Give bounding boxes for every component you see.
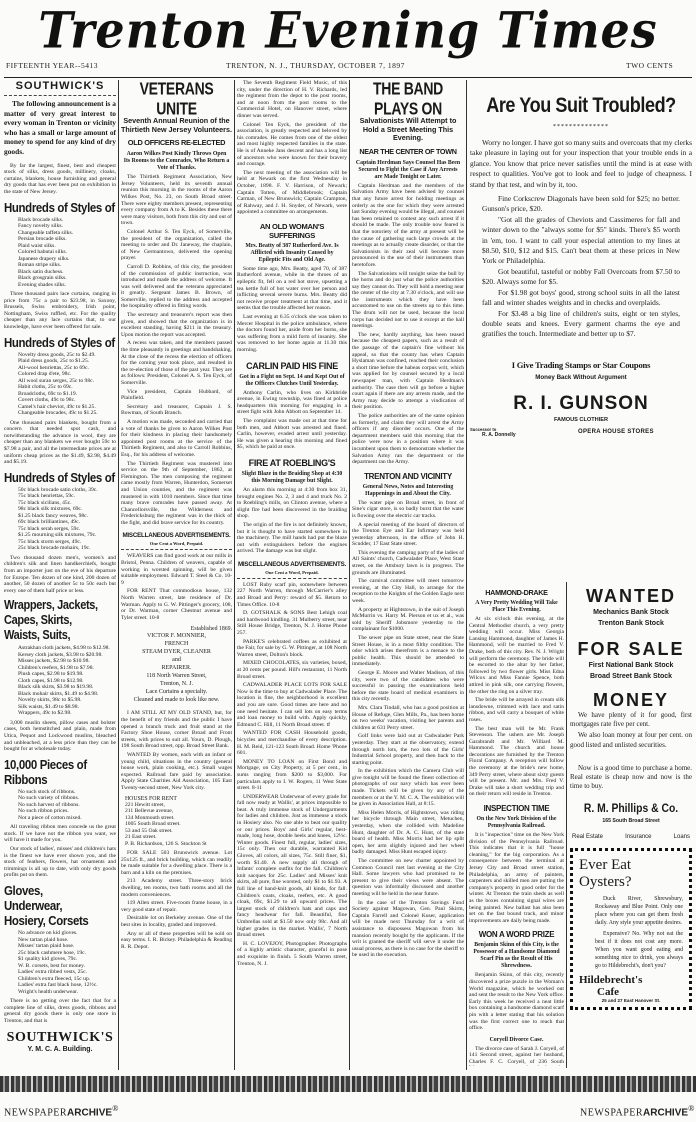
subheadline: NEAR THE CENTER OF TOWN <box>352 147 464 156</box>
headline: THE BAND PLAYS ON <box>352 80 464 118</box>
section-subheading: One Cent a Word, Prepaid. <box>121 541 232 546</box>
paragraph: 3,000 muslin sheets, pillow cases and bo… <box>4 720 116 753</box>
column-local-news: The Seventh Regiment Field Music, of thi… <box>237 80 347 1070</box>
deck: Got in a Fight on Sept. 14 and Kept Out … <box>239 374 345 388</box>
phillips-ad: WANTED Mechanics Bank Stock Trenton Bank… <box>570 584 692 1074</box>
silks-list: Black brocade silks. Fancy novelty silks… <box>4 217 116 289</box>
paragraph: "Got all the grades of Cheviots and Cass… <box>482 215 680 267</box>
classified-ad: I AM STILL AT MY OLD STAND, but, for the… <box>121 710 232 750</box>
oyster-headline: Ever Eat <box>579 857 683 874</box>
wanted-heading: WANTED <box>570 586 692 607</box>
business-line: STEAM DYER, CLEANER <box>121 648 232 656</box>
watermark-text: NEWSPAPER <box>4 1107 67 1118</box>
header-rule <box>4 77 692 78</box>
headline: HAMMOND-DRAKE <box>469 588 564 597</box>
column-divider <box>118 80 119 1070</box>
paragraph: A recess was taken, and the members pass… <box>121 340 232 386</box>
paragraph: The Thirtieth Regiment Association, New … <box>121 174 232 227</box>
intro-text: The following announcement is a matter o… <box>4 99 116 157</box>
dress-goods-list: Novelty dress goods, 25c to $2.49. Plaid… <box>4 352 116 417</box>
deck: Seventh Annual Reunion of the Thirtieth … <box>121 117 232 134</box>
gloves-list: No advance on kid gloves. New tartan pla… <box>4 930 116 995</box>
classified-ad: UNDERWEAR Underwear of every grade for f… <box>237 794 347 939</box>
paragraph: Golf links were laid out at Cadwalader P… <box>352 733 464 766</box>
firm-address: 165 South Broad Street <box>570 818 692 824</box>
classified-ad: H. C. LOVEJOY, Photographer. Photographs… <box>237 941 347 967</box>
column-divider <box>466 80 467 1070</box>
classified-ad: D. GOTSHALK & SONS Best Lehigh coal and … <box>237 610 347 636</box>
dateline-bar: FIFTEENTH YEAR--5413 TRENTON, N. J., THU… <box>0 61 696 75</box>
black-goods-list: 50c black brocade satin cloths, 39c. 75c… <box>4 487 116 552</box>
services-row: Real Estate Insurance Loans <box>570 834 692 840</box>
archive-watermark: NEWSPAPERARCHIVE® <box>580 1104 695 1118</box>
store-header: SOUTHWICK'S <box>4 80 116 92</box>
column-veterans: VETERANS UNITE Seventh Annual Reunion of… <box>121 80 232 1070</box>
headline: WON A WORD PRIZE <box>469 930 564 939</box>
paragraph: Expensive? No. Why not eat the best if i… <box>579 930 683 970</box>
paragraph: The secretary and treasurer's report was… <box>121 312 232 338</box>
deck: Benjamin Skinn of this City, is the Poss… <box>471 942 562 970</box>
paragraph: Two thousand dozen men's, women's and ch… <box>4 555 116 595</box>
classified-ad: WANTED FOR CASH Household goods, bicycle… <box>237 730 347 756</box>
classified-ad: 213 Academy street. Three-story brick dw… <box>121 878 232 898</box>
paragraph: The origin of the fire is not definitely… <box>237 522 347 555</box>
paragraph: Captain Herdman and the members of the S… <box>352 183 464 269</box>
divider <box>237 578 347 579</box>
watermark-text: ARCHIVE <box>67 1107 112 1118</box>
business-city: Trenton, N. J. <box>121 680 232 688</box>
watermark-text: ARCHIVE <box>643 1107 688 1118</box>
list-item: Astrakhan cloth jackets, $4.98 to $12.98… <box>18 645 116 652</box>
deck: Captain Herdman Says Counsel Has Been Se… <box>354 160 462 181</box>
deck: General News, Notes and Interesting Happ… <box>354 484 462 498</box>
classified-ad: CADWALADER PLACE LOTS FOR SALE Now is th… <box>237 682 347 728</box>
oyster-ad-box: Ever Eat Oysters? Duck River, Shrewsbury… <box>570 848 692 1010</box>
firm-name: R. M. Phillips & Co. <box>576 803 686 815</box>
paragraph: Colonel Arthur S. Ten Eyck, of Somervill… <box>121 229 232 262</box>
classified-ad: LOST Ruby scarf pin, somewhere between 2… <box>237 582 347 608</box>
deck: On the New York Division of the Pennsylv… <box>471 816 562 830</box>
list-item: Not a piece of cotton mixed. <box>18 815 116 822</box>
paragraph: The carnival committee will meet tomorro… <box>352 578 464 604</box>
store-signature: SOUTHWICK'S <box>4 1030 116 1046</box>
paragraph: All traveling ribbon men concede us the … <box>4 824 116 844</box>
trading-stamps-notice: I Give Trading Stamps or Star Coupons <box>470 360 692 370</box>
paragraph: The committee on new charter appointed b… <box>352 858 464 898</box>
stock-item: First National Bank Stock <box>570 660 692 671</box>
section-heading: Hundreds of Styles of Dress Goods <box>4 335 103 350</box>
paragraph: One thousand pairs blankets, bought from… <box>4 420 116 466</box>
archive-watermark: NEWSPAPERARCHIVE® <box>4 1104 119 1118</box>
column-wedding-news: HAMMOND-DRAKE A Very Pretty Wedding Will… <box>469 586 564 1066</box>
paragraph: A motion was made, seconded and carried … <box>121 419 232 459</box>
paragraph: The Seventh Regiment Field Music, of thi… <box>237 80 347 120</box>
stock-item: Trenton Bank Stock <box>570 618 692 629</box>
divider <box>121 549 232 550</box>
paragraph: Mrs. Clara Tindall, who has a good posit… <box>352 705 464 731</box>
divider: ************** <box>470 124 692 130</box>
store-name: R. I. GUNSON <box>470 393 692 415</box>
headline: CARLIN PAID HIS FINE <box>237 361 347 371</box>
money-heading: MONEY <box>570 690 692 711</box>
section-heading: 10,000 Pieces of Ribbons <box>4 757 103 787</box>
paragraph: The complaint was made out at that time … <box>237 418 347 451</box>
paragraph: Now is a good time to purchase a home. R… <box>570 764 692 792</box>
edition-number: FIFTEENTH YEAR--5413 <box>6 61 98 70</box>
section-heading: MISCELLANEOUS ADVERTISEMENTS. <box>237 561 347 568</box>
section-heading: Hundreds of Styles of Silks <box>4 200 103 215</box>
list-item: Evening shades silks. <box>18 282 116 289</box>
paragraph: The new, hardly anything, has been tease… <box>352 332 464 411</box>
subheadline: OLD OFFICERS RE-ELECTED <box>121 138 232 147</box>
paragraph: Worry no longer. I have got so many suit… <box>470 138 692 190</box>
paragraph: Anthony Carlin, who lives on Kirkbride a… <box>237 390 347 416</box>
predecessor-name: R. A. Donnelly <box>482 432 516 438</box>
registered-mark: ® <box>112 1104 119 1113</box>
deck: Mrs. Beatty of 387 Rutherford Ave. Is Af… <box>239 243 345 264</box>
newspaper-title: Trenton Evening Times <box>0 0 696 60</box>
paragraph: The water pipe on Broad street, in front… <box>352 500 464 520</box>
paragraph: Last evening at 6.35 o'clock she was tak… <box>237 314 347 354</box>
paragraph: In the case of the Trenton Savings Fund … <box>352 900 464 959</box>
section-heading: Gloves, Underwear, Hosiery, Corsets <box>4 883 103 928</box>
classified-ad: FOR RENT That commodious house, 132 Nort… <box>121 588 232 621</box>
paragraph: An alarm this morning at 4:30 from box 3… <box>237 487 347 520</box>
paragraph: At six o'clock this evening, at the Cent… <box>469 616 564 695</box>
list-item: Changeable brocades, 49c to $1.25. <box>18 410 116 417</box>
column-divider <box>349 80 350 1070</box>
paragraph: For $3.48 a big line of children's suits… <box>482 309 680 340</box>
newspaper-page: Trenton Evening Times FIFTEENTH YEAR--54… <box>0 0 696 1122</box>
paragraph: Some time ago, Mrs. Beatty, aged 70, of … <box>237 266 347 312</box>
column-divider <box>566 582 567 1068</box>
paragraph: A property at Hightstown, in the suit of… <box>352 607 464 633</box>
headline: Coryell Divorce Case. <box>471 1037 562 1044</box>
paragraph: We also loan money at four per cent. on … <box>570 731 692 749</box>
classified-ad: WANTED By women, each with an infant or … <box>121 752 232 792</box>
headline: FIRE AT ROEBLING'S <box>237 458 347 468</box>
classified-ad: Any or all of these properties will be s… <box>121 931 232 951</box>
deck: Aaron Wilkes Post Kindly Throws Open Its… <box>123 151 230 172</box>
classified-ad: MIXED CHOCOLATES, six varieties, boxed, … <box>237 660 347 680</box>
stock-item: Broad Street Bank Stock <box>570 671 692 682</box>
masthead: Trenton Evening Times <box>0 2 696 58</box>
paragraph: For $1.98 got boys' good, strong school … <box>482 288 680 309</box>
houses-list: 221 Hewitt street, 211 Bellevue avenue, … <box>121 802 232 848</box>
paragraph: Colonel Ten Eyck, the president of the a… <box>237 122 347 168</box>
paragraph: Fine Corkscrew Diagonals have been sold … <box>482 194 680 215</box>
paragraph: The best man will be Mr. Frank Stevenson… <box>469 726 564 799</box>
paragraph: It is "inspection" time on the New York … <box>469 832 564 924</box>
service-label: Loans <box>674 834 690 840</box>
paragraph: Duck River, Shrewsbury, Rockaway and Blu… <box>579 895 683 927</box>
paragraph: This evening the camping party of the la… <box>352 550 464 576</box>
southwicks-ad: SOUTHWICK'S The following announcement i… <box>4 80 116 1070</box>
paragraph: The Thirtieth Regiment was mustered into… <box>121 461 232 527</box>
ad-headline: Are You Suit Troubled? <box>486 94 677 118</box>
list-item: Wright's health underwear. <box>18 989 116 996</box>
classified-ad: 119 Allen street. Five-room frame house,… <box>121 900 232 913</box>
oyster-headline: Oysters? <box>579 874 683 891</box>
store-tagline: FAMOUS CLOTHIER <box>470 417 692 423</box>
list-item: Wrappers, 49c to $2.98. <box>18 710 116 717</box>
wrappers-list: Astrakhan cloth jackets, $4.98 to $12.98… <box>4 645 116 717</box>
paragraph: Miss Helen Morris, of Hightstown, was ri… <box>352 810 464 856</box>
business-tagline: Cleaned and made to look like new. <box>121 696 232 704</box>
business-line: FRENCH <box>121 640 232 648</box>
paragraph: The divorce case of Sarah J. Coryell, of… <box>469 1046 564 1066</box>
paragraph: Carroll D. Robbins, of this city, the pr… <box>121 264 232 310</box>
paragraph: The bride will be arrayed in cream silk … <box>469 697 564 723</box>
headline: AN OLD WOMAN'S SUFFERINGS <box>237 222 347 240</box>
section-heading: MISCELLANEOUS ADVERTISEMENTS. <box>121 532 232 539</box>
gunson-ad: Are You Suit Troubled? ************** Wo… <box>470 80 692 580</box>
headline: INSPECTION TIME <box>469 804 564 813</box>
paragraph: Got beautiful, tasteful or nobby Fall Ov… <box>482 267 680 288</box>
list-item: P. B. Richardson, 126 S. Stockton St <box>125 841 232 848</box>
business-specialty: Lace Curtains a specialty. <box>121 688 232 696</box>
store-address: Y. M. C. A. Building. <box>4 1046 116 1053</box>
business-address: 118 North Warren Street, <box>121 672 232 680</box>
paragraph: In the exhibition which the Camera Club … <box>352 768 464 808</box>
stock-item: Mechanics Bank Stock <box>570 607 692 618</box>
paragraph: Vice president, Captain Hubbard, of Plai… <box>121 389 232 402</box>
publication-date: TRENTON, N. J., THURSDAY, OCTOBER 7, 189… <box>226 61 405 70</box>
service-label: Insurance <box>625 834 651 840</box>
paragraph: Benjamin Skinn, of this city, recently d… <box>469 972 564 1031</box>
paragraph: There is no getting over the fact that f… <box>4 998 116 1024</box>
section-subheading: One Cent a Word, Prepaid. <box>237 570 347 575</box>
paragraph: The sewer pipe on State street, near the… <box>352 635 464 668</box>
registered-mark: ® <box>688 1104 695 1113</box>
paragraph: George E. Moore and Walter Madison, of t… <box>352 670 464 703</box>
column-salvation-army: THE BAND PLAYS ON Salvationists Will Att… <box>352 80 464 1070</box>
section-heading: Hundreds of Styles of Black Goods <box>4 470 103 485</box>
divider <box>4 95 116 96</box>
classified-ad: FOR SALE 503 Brunswick avenue. Lot 25x12… <box>121 850 232 876</box>
cafe-name: Hildebrecht's <box>579 974 683 986</box>
paragraph: A special meeting of the board of direct… <box>352 522 464 548</box>
paragraph: The police authorities are of the same o… <box>352 413 464 466</box>
headline: TRENTON AND VICINITY <box>352 472 464 481</box>
lead-text: By far the largest, finest, best and che… <box>4 163 116 196</box>
deck: Slight Blaze in the Braiding Shop at 4:3… <box>239 471 345 485</box>
deck: Salvationists Will Attempt to Hold a Str… <box>352 117 464 143</box>
paragraph: The Salvationists will tonight seize the… <box>352 271 464 330</box>
business-line: REPAIRER. <box>121 664 232 672</box>
classified-ad: PARKE'S celebrated coffees as exhibited … <box>237 639 347 659</box>
scan-artifact <box>0 1076 696 1092</box>
column-divider <box>234 80 235 1070</box>
paragraph: Secretary and treasurer, Captain J. S. B… <box>121 404 232 417</box>
headline: VETERANS UNITE <box>121 80 232 118</box>
section-heading: Wrappers, Jackets, Capes, Skirts, Waists… <box>4 598 103 643</box>
service-label: Real Estate <box>572 834 603 840</box>
cafe-address: 25 and 27 East Hanover St. <box>579 998 683 1003</box>
for-sale-heading: FOR SALE <box>570 639 692 660</box>
list-item: 25c black brocade mohairs, 19c. <box>18 545 116 552</box>
business-line: and <box>121 656 232 664</box>
classified-ad: WEAVERS can find good work at our mills … <box>121 553 232 586</box>
store-location: OPERA HOUSE STORES <box>578 429 654 435</box>
classified-ad: Desirable lot on Berkeley avenue. One of… <box>121 915 232 928</box>
business-name: VICTOR F. MONNIER, <box>121 632 232 640</box>
paragraph: The next meeting of the association will… <box>237 170 347 216</box>
deck: A Very Pretty Wedding Will Take Place Th… <box>471 600 562 614</box>
paragraph: Our stock of ladies', misses' and childr… <box>4 846 116 879</box>
paragraph: Three thousand pairs lace curtains, rang… <box>4 291 116 331</box>
classified-ad: MONEY TO LOAN on First Bond and Mortgage… <box>237 759 347 792</box>
paragraph: We have plenty of it for good, first mor… <box>570 711 692 729</box>
money-back-notice: Money Back Without Argument <box>470 374 692 381</box>
watermark-text: NEWSPAPER <box>580 1107 643 1118</box>
cafe-label: Cafe <box>579 986 683 998</box>
price: TWO CENTS <box>626 61 673 70</box>
ribbons-list: No such stock of ribbons. No such variet… <box>4 789 116 822</box>
